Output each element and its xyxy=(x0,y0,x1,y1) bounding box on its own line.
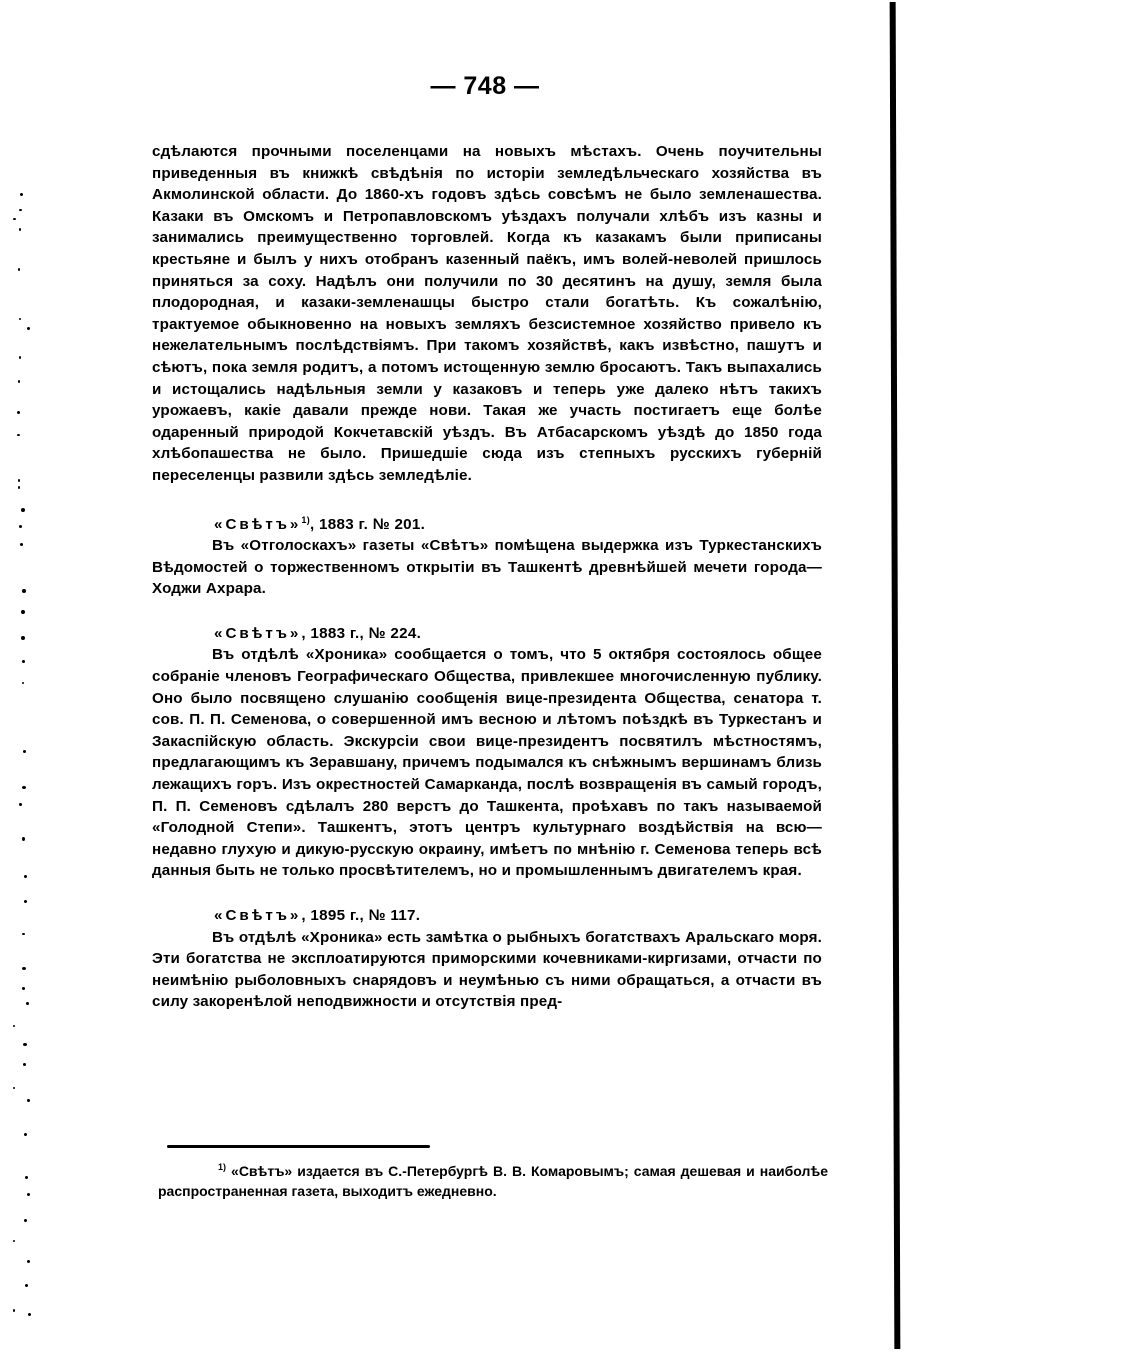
scan-speck xyxy=(27,327,30,330)
scan-speck xyxy=(27,1260,30,1263)
section-paragraph: Въ «Отголоскахъ» газеты «Свѣтъ» помѣщена… xyxy=(152,535,822,600)
footnote-marker: 1) xyxy=(218,1162,226,1172)
scan-speck xyxy=(18,486,20,489)
scan-speck xyxy=(25,1176,28,1179)
footnote: 1) «Свѣтъ» издается въ С.-Петербургѣ В. … xyxy=(158,1161,828,1201)
source-title: «Свѣтъ» xyxy=(214,625,301,642)
scan-speck xyxy=(22,933,25,935)
scan-speck xyxy=(23,750,26,753)
section-paragraph: Въ отдѣлѣ «Хроника» есть замѣтка о рыбны… xyxy=(152,927,822,1013)
scan-speck xyxy=(22,682,24,684)
scan-speck xyxy=(19,525,22,528)
source-heading: «Свѣтъ»1), 1883 г. № 201. xyxy=(152,514,822,536)
continuation-paragraph: сдѣлаются прочными поселенцами на новыхъ… xyxy=(152,141,822,487)
scan-speck xyxy=(27,1193,30,1196)
scan-speck xyxy=(18,380,20,383)
scan-speck xyxy=(19,803,22,806)
spacer xyxy=(152,600,822,623)
source-issue: , 1883 г., № 224. xyxy=(301,625,421,642)
scan-speck xyxy=(26,1002,29,1005)
scan-speck xyxy=(28,1313,31,1316)
scan-speck xyxy=(18,479,20,482)
footnote-body: «Свѣтъ» издается въ С.-Петербургѣ В. В. … xyxy=(158,1163,828,1199)
source-title: «Свѣтъ» xyxy=(214,907,301,924)
scan-speck xyxy=(20,543,23,546)
scan-speck xyxy=(22,589,26,593)
footnote-divider xyxy=(167,1145,430,1148)
body-text: сдѣлаются прочными поселенцами на новыхъ… xyxy=(152,141,822,1013)
scan-speck xyxy=(18,268,20,271)
page-number: — 748 — xyxy=(0,72,970,101)
page-edge-rule xyxy=(890,2,901,1349)
scan-speck xyxy=(21,508,25,512)
footnote-ref[interactable]: 1) xyxy=(301,515,310,525)
scan-speck xyxy=(19,209,22,211)
scan-speck xyxy=(24,1133,27,1136)
scan-speck xyxy=(17,434,20,436)
scan-speck xyxy=(27,1099,30,1102)
scan-speck xyxy=(13,1240,15,1242)
scan-speck xyxy=(19,318,21,320)
source-heading: «Свѣтъ», 1883 г., № 224. xyxy=(152,623,822,645)
footnote-text: 1) «Свѣтъ» издается въ С.-Петербургѣ В. … xyxy=(158,1161,828,1201)
source-issue: , 1895 г., № 117. xyxy=(301,907,420,924)
spacer xyxy=(152,487,822,514)
spacer xyxy=(152,882,822,905)
scan-speck xyxy=(24,1219,27,1222)
scan-speck xyxy=(22,660,25,663)
scan-speck xyxy=(22,967,26,970)
scan-speck xyxy=(21,610,25,614)
scan-speck xyxy=(13,218,16,220)
scan-speck xyxy=(19,356,21,359)
scan-speck xyxy=(22,987,25,990)
scan-speck xyxy=(22,837,25,841)
scan-speck xyxy=(13,1087,15,1089)
scan-speck xyxy=(25,1284,28,1287)
scan-speck xyxy=(24,875,27,878)
scan-speck xyxy=(19,228,21,231)
scan-speck xyxy=(17,411,20,414)
scan-speck xyxy=(20,193,23,196)
scan-speck xyxy=(13,1309,15,1312)
source-issue: , 1883 г. № 201. xyxy=(310,516,425,533)
source-title: «Свѣтъ» xyxy=(214,516,301,533)
section-paragraph: Въ отдѣлѣ «Хроника» сообщается о томъ, ч… xyxy=(152,644,822,882)
source-heading: «Свѣтъ», 1895 г., № 117. xyxy=(152,905,822,927)
scan-speck xyxy=(23,1063,26,1066)
scan-speck xyxy=(13,1025,15,1027)
scan-speck xyxy=(22,786,26,789)
scan-speck xyxy=(24,900,27,903)
scan-speck xyxy=(21,636,25,640)
scan-speck xyxy=(23,1043,27,1046)
scan-margin-artifacts xyxy=(0,0,60,1361)
